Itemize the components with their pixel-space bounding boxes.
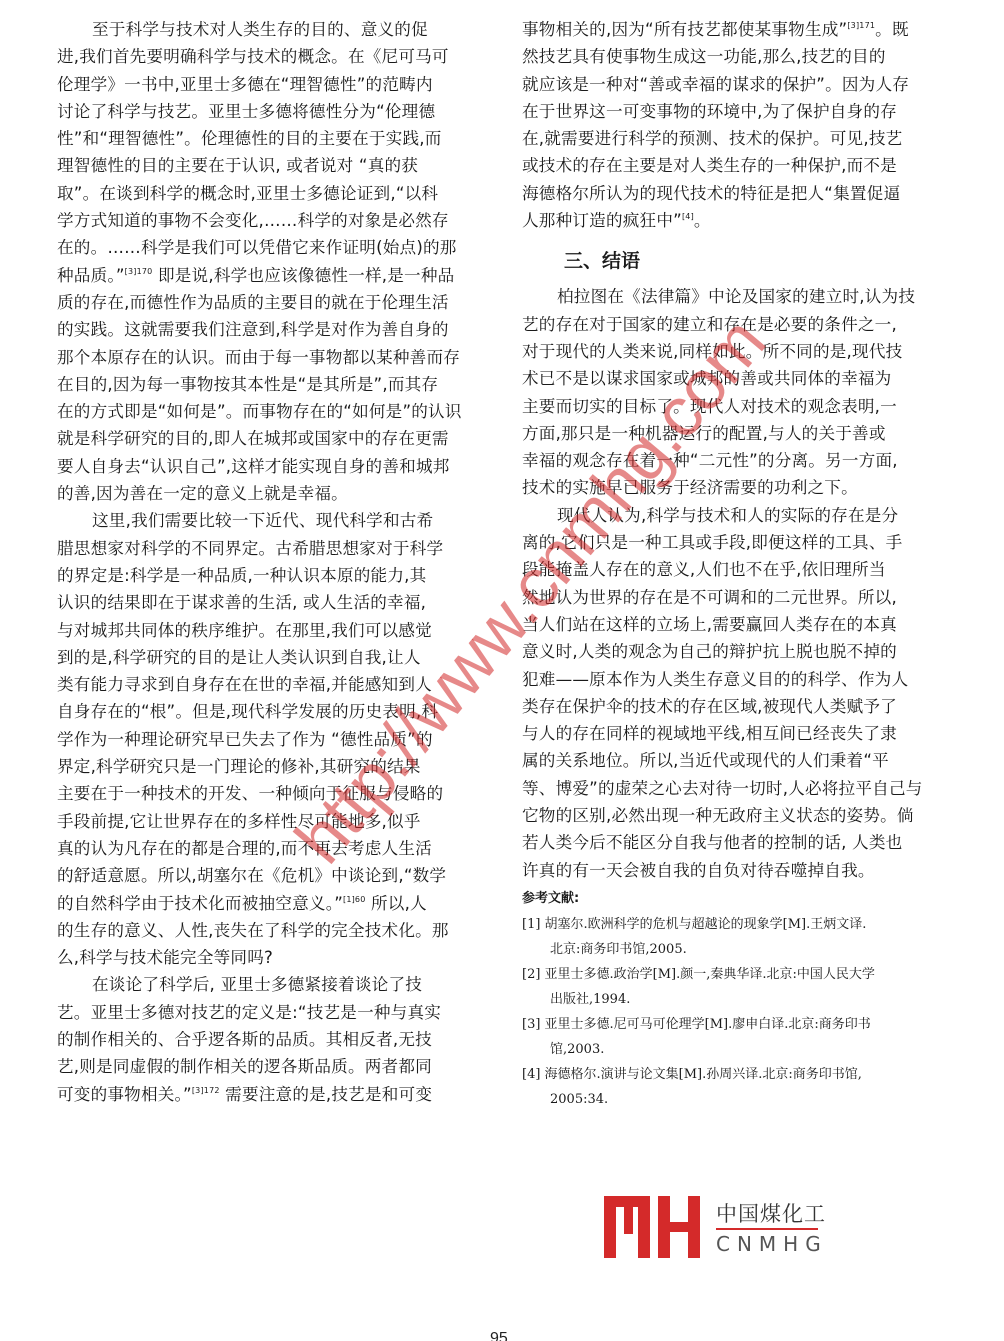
text-line: 在目的,因为每一事物按其本性是“是其所是”,而其存 — [57, 371, 487, 398]
line-text: 么,科学与技术能完全等同吗? — [57, 948, 273, 967]
text-line: 或技术的存在主要是对人类生存的一种保护,而不是 — [522, 152, 954, 179]
reference-line: [1] 胡塞尔.欧洲科学的危机与超越论的现象学[M].王炳文译. — [522, 912, 954, 937]
line-text: 在,就需要进行科学的预测、技术的保护。可见,技艺 — [522, 129, 902, 148]
text-line: 伦理学》一书中,亚里士多德在“理智德性”的范畴内 — [57, 71, 487, 98]
text-line: 意义时,人类的观念为自己的辩护抗上脱也脱不掉的 — [522, 638, 954, 665]
text-line: 术已不是以谋求国家或城邦的善或共同体的幸福为 — [522, 365, 954, 392]
line-text: 离的,它们只是一种工具或手段,即便这样的工具、手 — [522, 533, 902, 552]
text-line: 理智德性的目的主要在于认识, 或者说对 “真的获 — [57, 152, 487, 179]
line-text: 海德格尔所认为的现代技术的特征是把人“集置促逼 — [522, 184, 900, 203]
line-text: 等、博爱”的虚荣之心去对待一切时,人必将拉平自己与 — [522, 779, 923, 798]
line-text: 在的方式即是“如何是”。而事物存在的“如何是”的认识 — [57, 402, 462, 421]
line-text: 在于世界这一可变事物的环境中,为了保护自身的存 — [522, 102, 897, 121]
line-text: 可变的事物相关。” — [57, 1085, 192, 1104]
line-text: 的善,因为善在一定的意义上就是幸福。 — [57, 484, 348, 503]
reference-line-continued: 北京:商务印书馆,2005. — [522, 937, 954, 962]
reference-line-continued: 出版社,1994. — [522, 987, 954, 1012]
text-line: 属的关系地位。所以,当近代或现代的人们秉着“平 — [522, 747, 954, 774]
line-text: 类有能力寻求到自身存在在世的幸福,并能感知到人 — [57, 675, 432, 694]
text-line: 离的,它们只是一种工具或手段,即便这样的工具、手 — [522, 529, 954, 556]
text-line: 的实践。这就需要我们注意到,科学是对作为善自身的 — [57, 316, 487, 343]
text-line: 艺。亚里士多德对技艺的定义是:“技艺是一种与真实 — [57, 999, 487, 1026]
line-text: 对于现代的人类来说,同样如此。所不同的是,现代技 — [522, 342, 902, 361]
line-text: 种品质。” — [57, 266, 125, 285]
text-line: 至于科学与技术对人类生存的目的、意义的促 — [57, 16, 487, 43]
text-line: 主要而切实的目标了。现代人对技术的观念表明,一 — [522, 393, 954, 420]
text-line: 进,我们首先要明确科学与技术的概念。在《尼可马可 — [57, 43, 487, 70]
text-line: 现代人认为,科学与技术和人的实际的存在是分 — [522, 502, 954, 529]
line-text: 要人自身去“认识自己”,这样才能实现自身的善和城邦 — [57, 457, 450, 476]
line-text: 技术的实施早已服务于经济需要的功利之下。 — [522, 478, 858, 497]
text-line: 犯难——原本作为人类生存意义目的的科学、作为人 — [522, 666, 954, 693]
citation-marker: [3]171 — [847, 21, 875, 30]
line-text: 认识的结果即在于谋求善的生活, 或人生活的幸福, — [57, 593, 426, 612]
text-line: 的舒适意愿。所以,胡塞尔在《危机》中谈论到,“数学 — [57, 862, 487, 889]
text-line: 然技艺具有使事物生成这一功能,那么,技艺的目的 — [522, 43, 954, 70]
citation-marker: [4] — [682, 212, 694, 221]
text-line: 界定,科学研究只是一门理论的修补,其研究的结果 — [57, 753, 487, 780]
text-line: 类有能力寻求到自身存在在世的幸福,并能感知到人 — [57, 671, 487, 698]
line-text: 取”。在谈到科学的概念时,亚里士多德论证到,“以科 — [57, 184, 438, 203]
line-text: 自身存在的“根”。但是,现代科学发展的历史表明,科 — [57, 702, 438, 721]
text-line: 人那种订造的疯狂中”[4]。 — [522, 207, 954, 234]
line-text: 现代人认为,科学与技术和人的实际的存在是分 — [557, 506, 898, 525]
line-text: 艺,则是同虚假的制作相关的逻各斯品质。两者都同 — [57, 1057, 432, 1076]
text-line: 学作为一种理论研究早已失去了作为 “德性品质”的 — [57, 726, 487, 753]
line-text: 至于科学与技术对人类生存的目的、意义的促 — [92, 20, 428, 39]
text-line: 艺的存在对于国家的建立和存在是必要的条件之一, — [522, 311, 954, 338]
line-text: 理智德性的目的主要在于认识, 或者说对 “真的获 — [57, 156, 418, 175]
line-text: 或技术的存在主要是对人类生存的一种保护,而不是 — [522, 156, 897, 175]
line-text: 主要在于一种技术的开发、一种倾向于征服与侵略的 — [57, 784, 443, 803]
line-text: 就应该是一种对“善或幸福的谋求的保护”。因为人存 — [522, 75, 909, 94]
right-body-after-heading: 柏拉图在《法律篇》中论及国家的建立时,认为技艺的存在对于国家的建立和存在是必要的… — [522, 283, 954, 884]
text-line: 若人类今后不能区分自我与他者的控制的话, 人类也 — [522, 829, 954, 856]
line-text-after: 所以,人 — [366, 894, 427, 913]
text-line: 到的是,科学研究的目的是让人类认识到自我,让人 — [57, 644, 487, 671]
line-text: 讨论了科学与技艺。亚里士多德将德性分为“伦理德 — [57, 102, 435, 121]
line-text: 与人的存在同样的视域地平线,相互间已经丧失了隶 — [522, 724, 897, 743]
line-text: 柏拉图在《法律篇》中论及国家的建立时,认为技 — [557, 287, 915, 306]
line-text: 质的存在,而德性作为品质的主要目的就在于伦理生活 — [57, 293, 449, 312]
text-line: 艺,则是同虚假的制作相关的逻各斯品质。两者都同 — [57, 1053, 487, 1080]
text-line: 的善,因为善在一定的意义上就是幸福。 — [57, 480, 487, 507]
text-line: 腊思想家对科学的不同界定。古希腊思想家对于科学 — [57, 535, 487, 562]
text-line: 就应该是一种对“善或幸福的谋求的保护”。因为人存 — [522, 71, 954, 98]
text-line: 主要在于一种技术的开发、一种倾向于征服与侵略的 — [57, 780, 487, 807]
right-column: 事物相关的,因为“所有技艺都使某事物生成”[3]171。既然技艺具有使事物生成这… — [522, 16, 954, 1112]
right-body-before-heading: 事物相关的,因为“所有技艺都使某事物生成”[3]171。既然技艺具有使事物生成这… — [522, 16, 954, 234]
line-text-after: 。 — [694, 211, 711, 230]
text-line: 那个本原存在的认识。而由于每一事物都以某种善而存 — [57, 344, 487, 371]
text-line: 与人的存在同样的视域地平线,相互间已经丧失了隶 — [522, 720, 954, 747]
reference-line: [4] 海德格尔.演讲与论文集[M].孙周兴译.北京:商务印书馆, — [522, 1062, 954, 1087]
line-text: 方面,那只是一种机器运行的配置,与人的关于善或 — [522, 424, 886, 443]
text-line: 对于现代的人类来说,同样如此。所不同的是,现代技 — [522, 338, 954, 365]
text-line: 事物相关的,因为“所有技艺都使某事物生成”[3]171。既 — [522, 16, 954, 43]
line-text: 它物的区别,必然出现一种无政府主义状态的姿势。倘 — [522, 806, 914, 825]
line-text: 手段前提,它让世界存在的多样性尽可能地多,似乎 — [57, 812, 421, 831]
citation-marker: [1]60 — [343, 895, 366, 904]
line-text: 主要而切实的目标了。现代人对技术的观念表明,一 — [522, 397, 897, 416]
line-text: 术已不是以谋求国家或城邦的善或共同体的幸福为 — [522, 369, 891, 388]
line-text: 到的是,科学研究的目的是让人类认识到自我,让人 — [57, 648, 421, 667]
line-text: 界定,科学研究只是一门理论的修补,其研究的结果 — [57, 757, 421, 776]
text-line: 讨论了科学与技艺。亚里士多德将德性分为“伦理德 — [57, 98, 487, 125]
text-line: 学方式知道的事物不会变化,……科学的对象是必然存 — [57, 207, 487, 234]
line-text-after: 需要注意的是,技艺是和可变 — [220, 1085, 432, 1104]
line-text: 段能掩盖人存在的意义,人们也不在乎,依旧理所当 — [522, 560, 886, 579]
text-line: 在的方式即是“如何是”。而事物存在的“如何是”的认识 — [57, 398, 487, 425]
text-line: 与对城邦共同体的秩序维护。在那里,我们可以感觉 — [57, 617, 487, 644]
text-line: 性”和“理智德性”。伦理德性的目的主要在于实践,而 — [57, 125, 487, 152]
text-line: 许真的有一天会被自我的自负对待吞噬掉自我。 — [522, 857, 954, 884]
logo-english-text: CNMHG — [716, 1232, 828, 1256]
line-text: 的生存的意义、人性,丧失在了科学的完全技术化。那 — [57, 921, 449, 940]
line-text: 属的关系地位。所以,当近代或现代的人们秉着“平 — [522, 751, 889, 770]
text-line: 技术的实施早已服务于经济需要的功利之下。 — [522, 474, 954, 501]
text-line: 这里,我们需要比较一下近代、现代科学和古希 — [57, 507, 487, 534]
line-text: 人那种订造的疯狂中” — [522, 211, 682, 230]
line-text: 事物相关的,因为“所有技艺都使某事物生成” — [522, 20, 847, 39]
text-line: 么,科学与技术能完全等同吗? — [57, 944, 487, 971]
line-text: 然技艺具有使事物生成这一功能,那么,技艺的目的 — [522, 47, 886, 66]
text-line: 柏拉图在《法律篇》中论及国家的建立时,认为技 — [522, 283, 954, 310]
text-line: 手段前提,它让世界存在的多样性尽可能地多,似乎 — [57, 808, 487, 835]
text-line: 在于世界这一可变事物的环境中,为了保护自身的存 — [522, 98, 954, 125]
line-text: 的制作相关的、合乎逻各斯的品质。其相反者,无技 — [57, 1030, 432, 1049]
line-text: 犯难——原本作为人类生存意义目的的科学、作为人 — [522, 670, 908, 689]
line-text: 艺。亚里士多德对技艺的定义是:“技艺是一种与真实 — [57, 1003, 441, 1022]
line-text: 腊思想家对科学的不同界定。古希腊思想家对于科学 — [57, 539, 443, 558]
text-line: 自身存在的“根”。但是,现代科学发展的历史表明,科 — [57, 698, 487, 725]
line-text: 若人类今后不能区分自我与他者的控制的话, 人类也 — [522, 833, 902, 852]
text-line: 的界定是:科学是一种品质,一种认识本原的能力,其 — [57, 562, 487, 589]
text-line: 段能掩盖人存在的意义,人们也不在乎,依旧理所当 — [522, 556, 954, 583]
page-number: 95 — [490, 1330, 508, 1341]
text-line: 要人自身去“认识自己”,这样才能实现自身的善和城邦 — [57, 453, 487, 480]
line-text: 幸福的观念存在着一种“二元性”的分离。另一方面, — [522, 451, 898, 470]
line-text: 进,我们首先要明确科学与技术的概念。在《尼可马可 — [57, 47, 449, 66]
line-text: 学方式知道的事物不会变化,……科学的对象是必然存 — [57, 211, 449, 230]
text-line: 就是科学研究的目的,即人在城邦或国家中的存在更需 — [57, 425, 487, 452]
logo-chinese-text: 中国煤化工 — [716, 1198, 826, 1228]
section-heading: 三、结语 — [522, 239, 954, 283]
text-line: 取”。在谈到科学的概念时,亚里士多德论证到,“以科 — [57, 180, 487, 207]
logo-divider — [716, 1228, 818, 1230]
text-line: 在谈论了科学后, 亚里士多德紧接着谈论了技 — [57, 971, 487, 998]
line-text: 的舒适意愿。所以,胡塞尔在《危机》中谈论到,“数学 — [57, 866, 446, 885]
text-line: 当人们站在这样的立场上,需要赢回人类存在的本真 — [522, 611, 954, 638]
line-text: 伦理学》一书中,亚里士多德在“理智德性”的范畴内 — [57, 75, 433, 94]
text-line: 种品质。”[3]170 即是说,科学也应该像德性一样,是一种品 — [57, 262, 487, 289]
text-line: 在,就需要进行科学的预测、技术的保护。可见,技艺 — [522, 125, 954, 152]
text-line: 类存在保护伞的技术的存在区域,被现代人类赋予了 — [522, 693, 954, 720]
text-line: 的制作相关的、合乎逻各斯的品质。其相反者,无技 — [57, 1026, 487, 1053]
reference-line: [3] 亚里士多德.尼可马可伦理学[M].廖申白译.北京:商务印书 — [522, 1012, 954, 1037]
line-text: 当人们站在这样的立场上,需要赢回人类存在的本真 — [522, 615, 897, 634]
line-text: 与对城邦共同体的秩序维护。在那里,我们可以感觉 — [57, 621, 432, 640]
text-line: 质的存在,而德性作为品质的主要目的就在于伦理生活 — [57, 289, 487, 316]
reference-line-continued: 2005:34. — [522, 1087, 954, 1112]
text-line: 的生存的意义、人性,丧失在了科学的完全技术化。那 — [57, 917, 487, 944]
text-line: 幸福的观念存在着一种“二元性”的分离。另一方面, — [522, 447, 954, 474]
line-text: 许真的有一天会被自我的自负对待吞噬掉自我。 — [522, 861, 875, 880]
left-column: 至于科学与技术对人类生存的目的、意义的促进,我们首先要明确科学与技术的概念。在《… — [57, 16, 487, 1108]
text-line: 方面,那只是一种机器运行的配置,与人的关于善或 — [522, 420, 954, 447]
text-line: 认识的结果即在于谋求善的生活, 或人生活的幸福, — [57, 589, 487, 616]
text-line: 可变的事物相关。”[3]172 需要注意的是,技艺是和可变 — [57, 1081, 487, 1108]
line-text: 类存在保护伞的技术的存在区域,被现代人类赋予了 — [522, 697, 897, 716]
text-line: 它物的区别,必然出现一种无政府主义状态的姿势。倘 — [522, 802, 954, 829]
line-text: 在谈论了科学后, 亚里士多德紧接着谈论了技 — [92, 975, 422, 994]
mh-logo-icon — [604, 1196, 700, 1258]
reference-item: [3] 亚里士多德.尼可马可伦理学[M].廖申白译.北京:商务印书馆,2003. — [522, 1012, 954, 1062]
line-text: 就是科学研究的目的,即人在城邦或国家中的存在更需 — [57, 429, 449, 448]
line-text: 真的认为凡存在的都是合理的,而不再去考虑人生活 — [57, 839, 432, 858]
references-title: 参考文献: — [522, 886, 954, 912]
reference-line: [2] 亚里士多德.政治学[M].颜一,秦典华译.北京:中国人民大学 — [522, 962, 954, 987]
text-line: 海德格尔所认为的现代技术的特征是把人“集置促逼 — [522, 180, 954, 207]
line-text: 然地认为世界的存在是不可调和的二元世界。所以, — [522, 588, 897, 607]
line-text-after: 。既 — [875, 20, 909, 39]
line-text: 的实践。这就需要我们注意到,科学是对作为善自身的 — [57, 320, 449, 339]
citation-marker: [3]172 — [192, 1086, 220, 1095]
line-text: 艺的存在对于国家的建立和存在是必要的条件之一, — [522, 315, 897, 334]
cnmhg-logo: 中国煤化工 CNMHG — [604, 1196, 819, 1266]
text-line: 然地认为世界的存在是不可调和的二元世界。所以, — [522, 584, 954, 611]
reference-item: [1] 胡塞尔.欧洲科学的危机与超越论的现象学[M].王炳文译.北京:商务印书馆… — [522, 912, 954, 962]
citation-marker: [3]170 — [125, 267, 153, 276]
line-text: 意义时,人类的观念为自己的辩护抗上脱也脱不掉的 — [522, 642, 897, 661]
line-text: 在的。……科学是我们可以凭借它来作证明(始点)的那 — [57, 238, 457, 257]
line-text: 在目的,因为每一事物按其本性是“是其所是”,而其存 — [57, 375, 438, 394]
reference-item: [2] 亚里士多德.政治学[M].颜一,秦典华译.北京:中国人民大学出版社,19… — [522, 962, 954, 1012]
line-text: 的界定是:科学是一种品质,一种认识本原的能力,其 — [57, 566, 426, 585]
text-line: 在的。……科学是我们可以凭借它来作证明(始点)的那 — [57, 234, 487, 261]
line-text: 那个本原存在的认识。而由于每一事物都以某种善而存 — [57, 348, 460, 367]
line-text-after: 即是说,科学也应该像德性一样,是一种品 — [152, 266, 454, 285]
text-line: 等、博爱”的虚荣之心去对待一切时,人必将拉平自己与 — [522, 775, 954, 802]
text-line: 真的认为凡存在的都是合理的,而不再去考虑人生活 — [57, 835, 487, 862]
line-text: 学作为一种理论研究早已失去了作为 “德性品质”的 — [57, 730, 433, 749]
reference-item: [4] 海德格尔.演讲与论文集[M].孙周兴译.北京:商务印书馆,2005:34… — [522, 1062, 954, 1112]
text-line: 的自然科学由于技术化而被抽空意义。”[1]60 所以,人 — [57, 890, 487, 917]
line-text: 的自然科学由于技术化而被抽空意义。” — [57, 894, 343, 913]
reference-line-continued: 馆,2003. — [522, 1037, 954, 1062]
references-list: [1] 胡塞尔.欧洲科学的危机与超越论的现象学[M].王炳文译.北京:商务印书馆… — [522, 912, 954, 1112]
line-text: 这里,我们需要比较一下近代、现代科学和古希 — [92, 511, 433, 530]
line-text: 性”和“理智德性”。伦理德性的目的主要在于实践,而 — [57, 129, 442, 148]
